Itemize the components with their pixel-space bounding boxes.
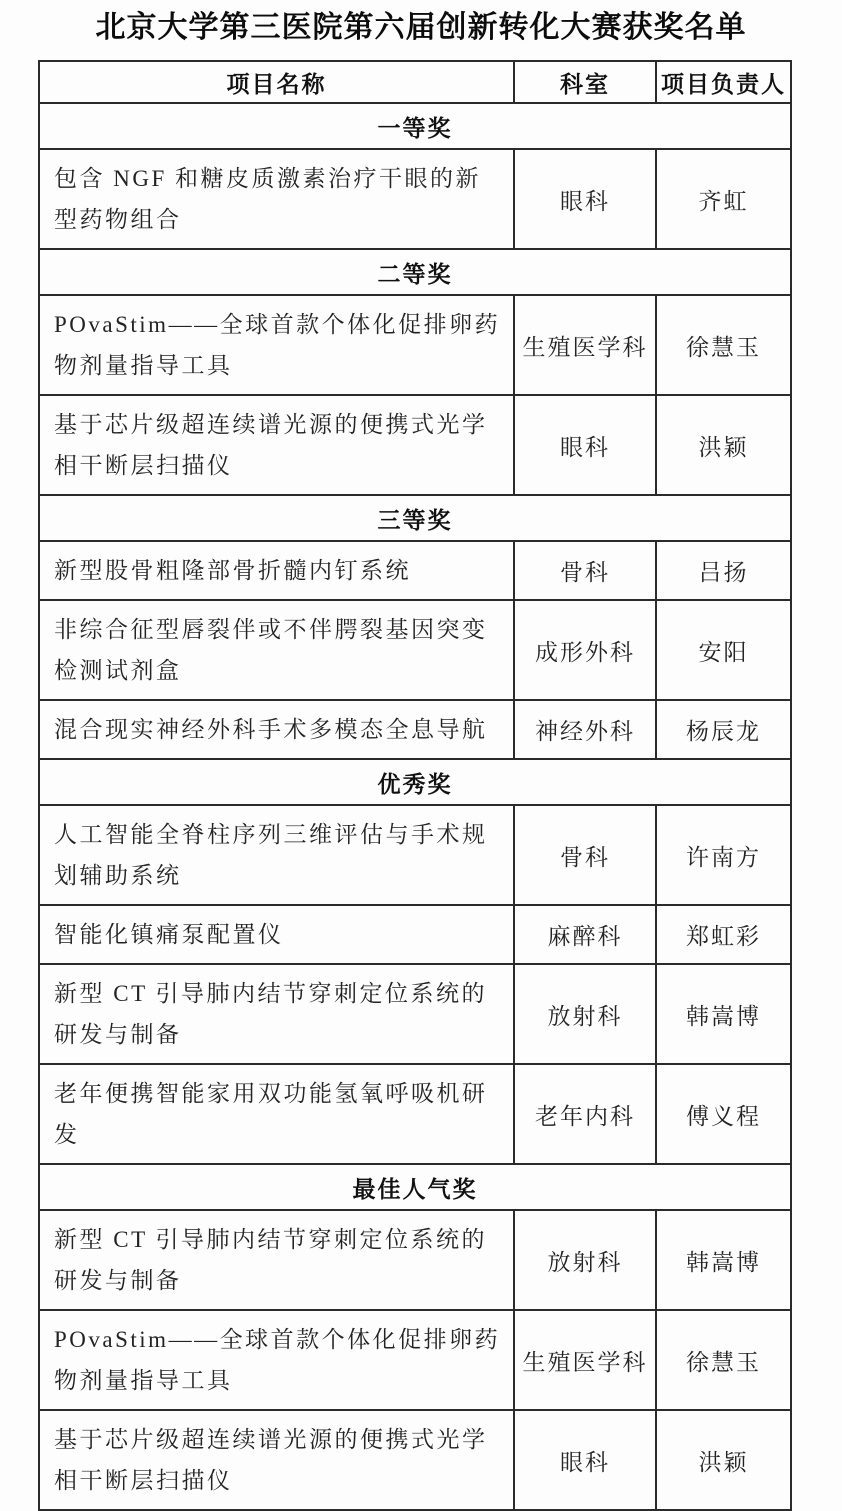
department-cell: 神经外科 [514, 700, 656, 759]
department-cell: 老年内科 [514, 1064, 656, 1164]
document-page: 北京大学第三医院第六届创新转化大赛获奖名单 项目名称 科室 项目负责人 一等奖包… [0, 0, 842, 1511]
project-cell: 基于芯片级超连续谱光源的便携式光学相干断层扫描仪 [39, 395, 514, 495]
column-header-department: 科室 [514, 61, 656, 103]
award-section-label: 二等奖 [39, 249, 791, 295]
project-cell: 老年便携智能家用双功能氢氧呼吸机研发 [39, 1064, 514, 1164]
project-cell: 基于芯片级超连续谱光源的便携式光学相干断层扫描仪 [39, 1410, 514, 1510]
award-section-row: 最佳人气奖 [39, 1164, 791, 1210]
table-row: 非综合征型唇裂伴或不伴腭裂基因突变检测试剂盒成形外科安阳 [39, 600, 791, 700]
leader-cell: 安阳 [656, 600, 791, 700]
leader-cell: 傅义程 [656, 1064, 791, 1164]
department-cell: 成形外科 [514, 600, 656, 700]
table-row: 新型 CT 引导肺内结节穿刺定位系统的研发与制备放射科韩嵩博 [39, 964, 791, 1064]
project-cell: 新型股骨粗隆部骨折髓内钉系统 [39, 541, 514, 600]
leader-cell: 洪颖 [656, 395, 791, 495]
award-section-label: 三等奖 [39, 495, 791, 541]
award-section-row: 优秀奖 [39, 759, 791, 805]
project-cell: 人工智能全脊柱序列三维评估与手术规划辅助系统 [39, 805, 514, 905]
department-cell: 生殖医学科 [514, 295, 656, 395]
table-row: POvaStim——全球首款个体化促排卵药物剂量指导工具生殖医学科徐慧玉 [39, 1310, 791, 1410]
department-cell: 生殖医学科 [514, 1310, 656, 1410]
department-cell: 放射科 [514, 1210, 656, 1310]
leader-cell: 徐慧玉 [656, 1310, 791, 1410]
award-section-row: 一等奖 [39, 103, 791, 149]
leader-cell: 齐虹 [656, 149, 791, 249]
project-cell: 新型 CT 引导肺内结节穿刺定位系统的研发与制备 [39, 964, 514, 1064]
department-cell: 眼科 [514, 149, 656, 249]
table-header-row: 项目名称 科室 项目负责人 [39, 61, 791, 103]
department-cell: 骨科 [514, 805, 656, 905]
award-section-row: 三等奖 [39, 495, 791, 541]
award-section-row: 二等奖 [39, 249, 791, 295]
table-row: 老年便携智能家用双功能氢氧呼吸机研发老年内科傅义程 [39, 1064, 791, 1164]
project-cell: POvaStim——全球首款个体化促排卵药物剂量指导工具 [39, 295, 514, 395]
department-cell: 眼科 [514, 1410, 656, 1510]
awards-table: 项目名称 科室 项目负责人 一等奖包含 NGF 和糖皮质激素治疗干眼的新型药物组… [38, 60, 792, 1511]
project-cell: 混合现实神经外科手术多模态全息导航 [39, 700, 514, 759]
leader-cell: 郑虹彩 [656, 905, 791, 964]
leader-cell: 洪颖 [656, 1410, 791, 1510]
department-cell: 麻醉科 [514, 905, 656, 964]
award-section-label: 优秀奖 [39, 759, 791, 805]
column-header-project: 项目名称 [39, 61, 514, 103]
leader-cell: 杨辰龙 [656, 700, 791, 759]
leader-cell: 韩嵩博 [656, 1210, 791, 1310]
project-cell: 新型 CT 引导肺内结节穿刺定位系统的研发与制备 [39, 1210, 514, 1310]
department-cell: 放射科 [514, 964, 656, 1064]
leader-cell: 许南方 [656, 805, 791, 905]
column-header-leader: 项目负责人 [656, 61, 791, 103]
project-cell: 非综合征型唇裂伴或不伴腭裂基因突变检测试剂盒 [39, 600, 514, 700]
table-row: 新型 CT 引导肺内结节穿刺定位系统的研发与制备放射科韩嵩博 [39, 1210, 791, 1310]
department-cell: 骨科 [514, 541, 656, 600]
leader-cell: 吕扬 [656, 541, 791, 600]
table-row: 新型股骨粗隆部骨折髓内钉系统骨科吕扬 [39, 541, 791, 600]
page-title: 北京大学第三医院第六届创新转化大赛获奖名单 [0, 8, 842, 48]
project-cell: 包含 NGF 和糖皮质激素治疗干眼的新型药物组合 [39, 149, 514, 249]
table-row: 混合现实神经外科手术多模态全息导航神经外科杨辰龙 [39, 700, 791, 759]
project-cell: 智能化镇痛泵配置仪 [39, 905, 514, 964]
award-section-label: 最佳人气奖 [39, 1164, 791, 1210]
table-row: 智能化镇痛泵配置仪麻醉科郑虹彩 [39, 905, 791, 964]
leader-cell: 徐慧玉 [656, 295, 791, 395]
leader-cell: 韩嵩博 [656, 964, 791, 1064]
awards-table-body: 一等奖包含 NGF 和糖皮质激素治疗干眼的新型药物组合眼科齐虹二等奖POvaSt… [39, 103, 791, 1510]
department-cell: 眼科 [514, 395, 656, 495]
table-row: POvaStim——全球首款个体化促排卵药物剂量指导工具生殖医学科徐慧玉 [39, 295, 791, 395]
table-row: 包含 NGF 和糖皮质激素治疗干眼的新型药物组合眼科齐虹 [39, 149, 791, 249]
table-row: 基于芯片级超连续谱光源的便携式光学相干断层扫描仪眼科洪颖 [39, 1410, 791, 1510]
table-row: 基于芯片级超连续谱光源的便携式光学相干断层扫描仪眼科洪颖 [39, 395, 791, 495]
table-row: 人工智能全脊柱序列三维评估与手术规划辅助系统骨科许南方 [39, 805, 791, 905]
award-section-label: 一等奖 [39, 103, 791, 149]
project-cell: POvaStim——全球首款个体化促排卵药物剂量指导工具 [39, 1310, 514, 1410]
